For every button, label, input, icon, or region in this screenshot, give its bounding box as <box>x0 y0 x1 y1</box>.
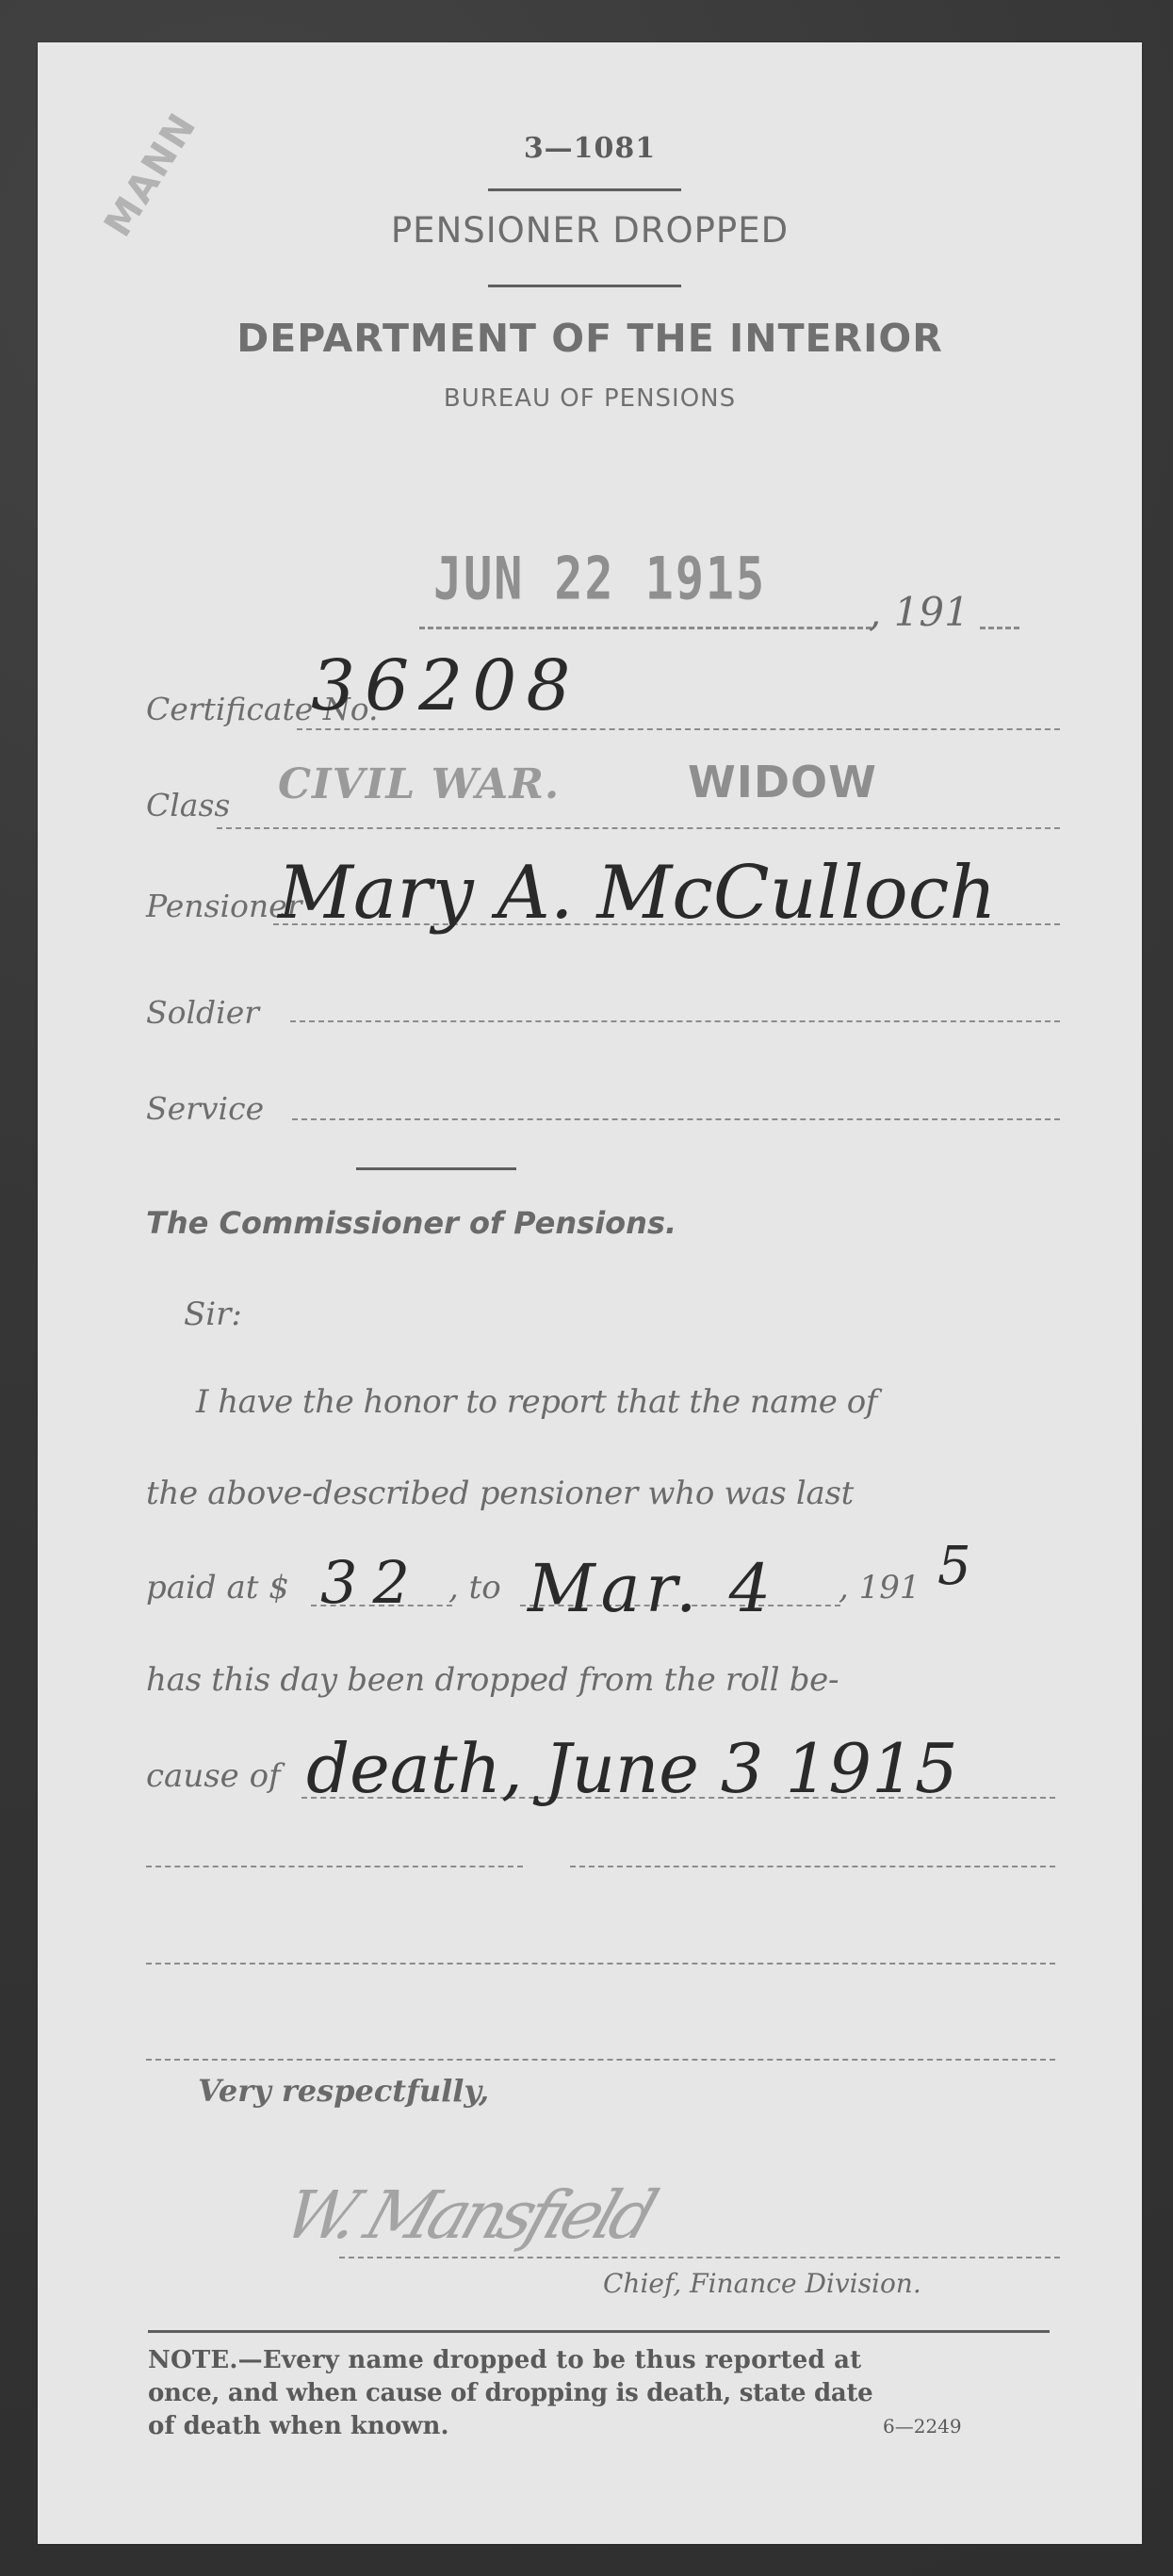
class-stamp-widow: WIDOW <box>688 757 877 807</box>
certificate-dotted-line <box>297 728 1060 730</box>
closing: Very respectfully, <box>198 2073 489 2109</box>
date-dotted-line <box>419 627 872 629</box>
date-year-printed: 191 <box>894 589 969 635</box>
class-dotted-line <box>217 827 1060 829</box>
extra-line-3 <box>146 2059 1055 2061</box>
date-year-prefix: , 191 <box>869 589 969 635</box>
date-stamp: JUN 22 1915 <box>433 545 766 613</box>
class-stamp-civil-war: CIVIL WAR. <box>278 760 560 808</box>
paid-amount: 32 <box>320 1548 425 1617</box>
header-rule-top <box>488 188 681 191</box>
salutation: Sir: <box>184 1296 242 1333</box>
signature-title: Chief, Finance Division. <box>603 2268 921 2299</box>
note-rule <box>148 2330 1050 2333</box>
signature: W. Mansfield <box>275 2177 661 2254</box>
soldier-label: Soldier <box>146 994 259 1031</box>
pensioner-name: Mary A. McCulloch <box>278 851 997 936</box>
bureau-name: BUREAU OF PENSIONS <box>38 384 1142 413</box>
note-block: NOTE.—Every name dropped to be thus repo… <box>148 2344 1052 2443</box>
service-label: Service <box>146 1090 264 1127</box>
date-year-dotted-line <box>980 627 1019 629</box>
extra-line-1b <box>570 1866 1055 1867</box>
addressee: The Commissioner of Pensions. <box>146 1205 676 1241</box>
class-label: Class <box>146 787 230 823</box>
soldier-dotted-line <box>290 1020 1060 1022</box>
date-comma: , <box>869 589 894 635</box>
form-number: 3—1081 <box>38 132 1142 165</box>
form-code: 6—2249 <box>883 2410 962 2443</box>
body-line-2: the above-described pensioner who was la… <box>146 1475 854 1512</box>
paid-year-handwritten: 5 <box>937 1536 971 1597</box>
body-line-1: I have the honor to report that the name… <box>196 1383 877 1421</box>
cause-of-dropping: death, June 3 1915 <box>306 1729 958 1808</box>
paid-at-label: paid at $ <box>146 1569 289 1606</box>
note-line-3: of death when known. <box>148 2412 449 2440</box>
paid-year-printed: , 191 <box>839 1569 920 1606</box>
pension-form-paper: MANN 3—1081 PENSIONER DROPPED DEPARTMENT… <box>38 42 1142 2544</box>
header-rule-bottom <box>488 285 681 287</box>
body-line-4: has this day been dropped from the roll … <box>146 1661 839 1699</box>
paid-to-label: , to <box>448 1569 501 1606</box>
service-dotted-line <box>292 1118 1060 1120</box>
certificate-number: 36208 <box>311 645 579 726</box>
note-line-1: NOTE.—Every name dropped to be thus repo… <box>148 2344 1052 2377</box>
note-line-3-row: of death when known. 6—2249 <box>148 2410 1052 2443</box>
paid-to-date: Mar. 4 <box>528 1550 776 1627</box>
note-line-2: once, and when cause of dropping is deat… <box>148 2377 1052 2410</box>
cause-of-label: cause of <box>146 1757 281 1795</box>
form-title: PENSIONER DROPPED <box>38 210 1142 251</box>
extra-line-1a <box>146 1866 523 1867</box>
extra-line-2 <box>146 1963 1055 1965</box>
department-name: DEPARTMENT OF THE INTERIOR <box>38 316 1142 361</box>
signature-dotted-line <box>339 2257 1060 2258</box>
section-divider <box>356 1167 516 1170</box>
